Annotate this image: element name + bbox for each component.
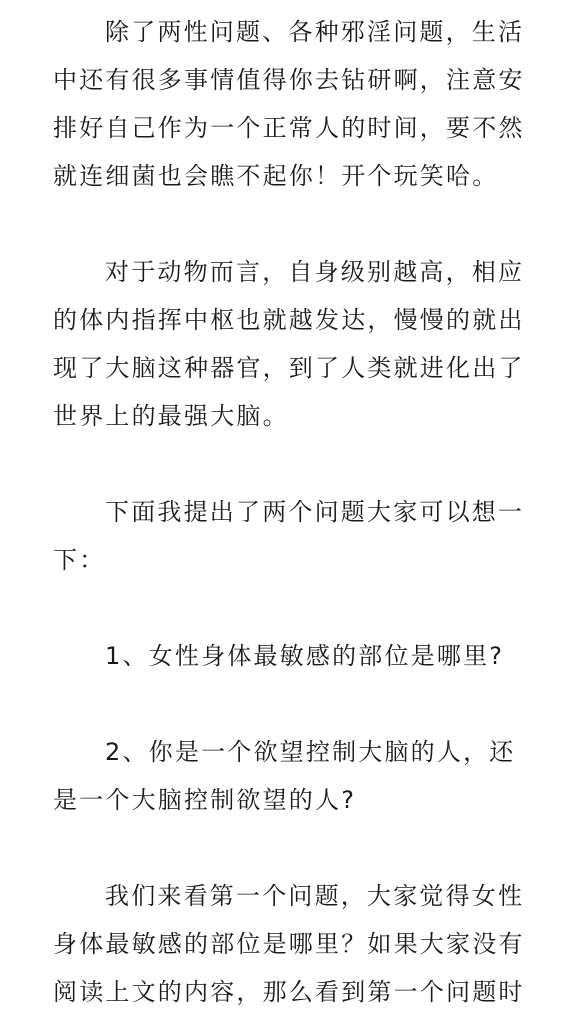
- paragraph-questions-lead: 下面我提出了两个问题大家可以想一下：: [53, 488, 533, 584]
- question-1: 1、女性身体最敏感的部位是哪里?: [53, 632, 533, 680]
- paragraph-first-question: 我们来看第一个问题，大家觉得女性身体最敏感的部位是哪里？如果大家没有阅读上文的内…: [53, 872, 533, 1016]
- question-2: 2、你是一个欲望控制大脑的人，还是一个大脑控制欲望的人?: [53, 728, 533, 824]
- article-body: 除了两性问题、各种邪淫问题，生活中还有很多事情值得你去钻研啊，注意安排好自己作为…: [53, 8, 533, 1016]
- paragraph-brain-evolution: 对于动物而言，自身级别越高，相应的体内指挥中枢也就越发达，慢慢的就出现了大脑这种…: [53, 248, 533, 440]
- paragraph-intro: 除了两性问题、各种邪淫问题，生活中还有很多事情值得你去钻研啊，注意安排好自己作为…: [53, 8, 533, 200]
